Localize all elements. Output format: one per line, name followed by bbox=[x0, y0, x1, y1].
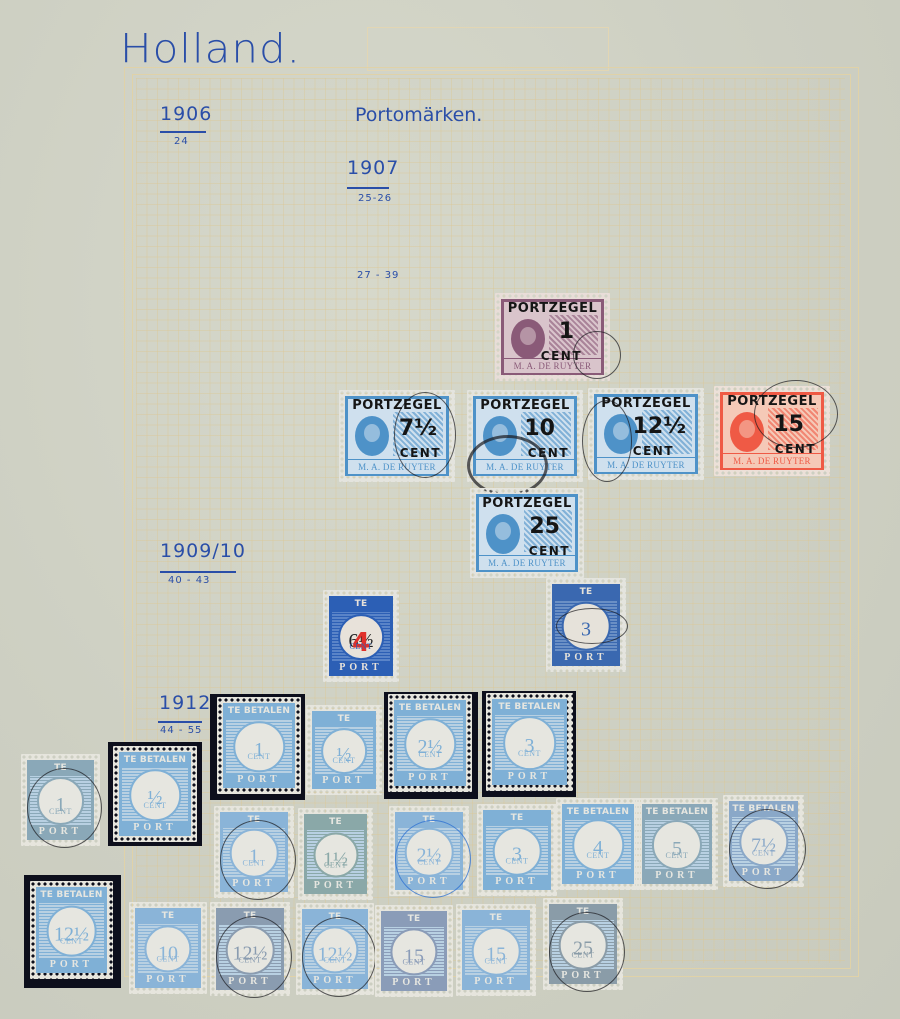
section-subtitle: Portomärken. bbox=[355, 104, 482, 126]
catalog-1909: 40 - 43 bbox=[168, 575, 210, 586]
catalog-1912: 44 - 55 bbox=[160, 725, 202, 736]
underline bbox=[160, 571, 236, 573]
stamp-portzegel[interactable]: M. A. DE RUYTER PORTZEGEL 12½ CENT bbox=[588, 388, 704, 480]
stamp-te-betalen[interactable]: TE BETALEN 12½ CENT PORT bbox=[210, 902, 290, 996]
year-1907: 1907 bbox=[347, 157, 399, 179]
stamp-te-betalen[interactable]: TE BETALEN 1 CENT PORT bbox=[214, 806, 294, 898]
stamp-te-betalen[interactable]: TE BETALEN 25 CENT PORT bbox=[543, 898, 623, 990]
stamp-portzegel[interactable]: M. A. DE RUYTER PORTZEGEL 25 CENT bbox=[470, 488, 584, 578]
stamp-te-betalen[interactable]: TE BETALEN 2½ CENT PORT bbox=[389, 806, 469, 896]
stamp-te-betalen[interactable]: TE BETALEN 12½ CENT PORT bbox=[30, 881, 113, 979]
stamp-portzegel[interactable]: M. A. DE RUYTER PORTZEGEL 7½ CENT bbox=[339, 390, 455, 482]
stamp-te-betalen[interactable]: TE BETALEN 15 CENT PORT bbox=[456, 904, 536, 996]
year-1912: 1912 bbox=[159, 692, 211, 714]
catalog-1907: 25-26 bbox=[358, 193, 392, 204]
stamp-te-betalen[interactable]: TE BETALEN 4 CENT PORT bbox=[556, 798, 640, 890]
stamp-te-betalen[interactable]: TE BETALEN 7½ CENT PORT bbox=[723, 795, 804, 887]
page-title: Holland. bbox=[120, 25, 301, 72]
underline bbox=[158, 721, 202, 723]
stamp-te-betalen[interactable]: TE BETALEN 3 CENT PORT bbox=[477, 804, 557, 896]
catalog-1906: 24 bbox=[174, 136, 189, 147]
underline bbox=[347, 187, 389, 189]
year-1906: 1906 bbox=[160, 103, 212, 125]
stamp-te-betalen[interactable]: TE BETALEN 10 CENT PORT bbox=[129, 902, 207, 994]
stamp-te-betalen[interactable]: TE BETALEN 1 CENT PORT bbox=[21, 754, 100, 846]
stamp-te-betalen[interactable]: TE BETALEN 12½ CENT PORT bbox=[296, 903, 374, 995]
stamp-te-betalen[interactable]: TE BETALEN ½ CENT PORT bbox=[306, 705, 382, 795]
catalog-1907-extra: 27 - 39 bbox=[357, 270, 399, 281]
stamp-portzegel[interactable]: M. A. DE RUYTER PORTZEGEL 15 CENT bbox=[714, 386, 830, 476]
stamp-te-betalen[interactable]: TE BETALEN 2½ CENT PORT bbox=[388, 694, 472, 792]
stamp-te-betalen[interactable]: TE BETALEN 15 CENT PORT bbox=[375, 905, 453, 997]
stamp-portzegel[interactable]: M. A. DE RUYTER PORTZEGEL 10 CENT bbox=[467, 390, 583, 482]
stamp-te-betalen[interactable]: TE BETALEN 3 CENT PORT bbox=[486, 693, 573, 791]
stamp-te-betalen[interactable]: TE BETALEN 3 PORT bbox=[546, 578, 626, 672]
year-1909: 1909/10 bbox=[160, 540, 246, 562]
stamp-te-betalen[interactable]: TE BETALEN 1 CENT PORT bbox=[217, 697, 301, 794]
underline bbox=[160, 131, 206, 133]
title-box bbox=[367, 27, 609, 71]
stamp-te-betalen-surcharge[interactable]: TE BETALEN 6½ 4 CENT PORT bbox=[323, 590, 399, 682]
stamp-portzegel[interactable]: M. A. DE RUYTER PORTZEGEL 1 CENT bbox=[495, 293, 610, 381]
stamp-te-betalen[interactable]: TE BETALEN 5 CENT PORT bbox=[636, 798, 718, 890]
stamp-te-betalen[interactable]: TE BETALEN ½ CENT PORT bbox=[113, 746, 197, 842]
stamp-te-betalen[interactable]: TE BETALEN 1½ CENT PORT bbox=[298, 808, 373, 900]
